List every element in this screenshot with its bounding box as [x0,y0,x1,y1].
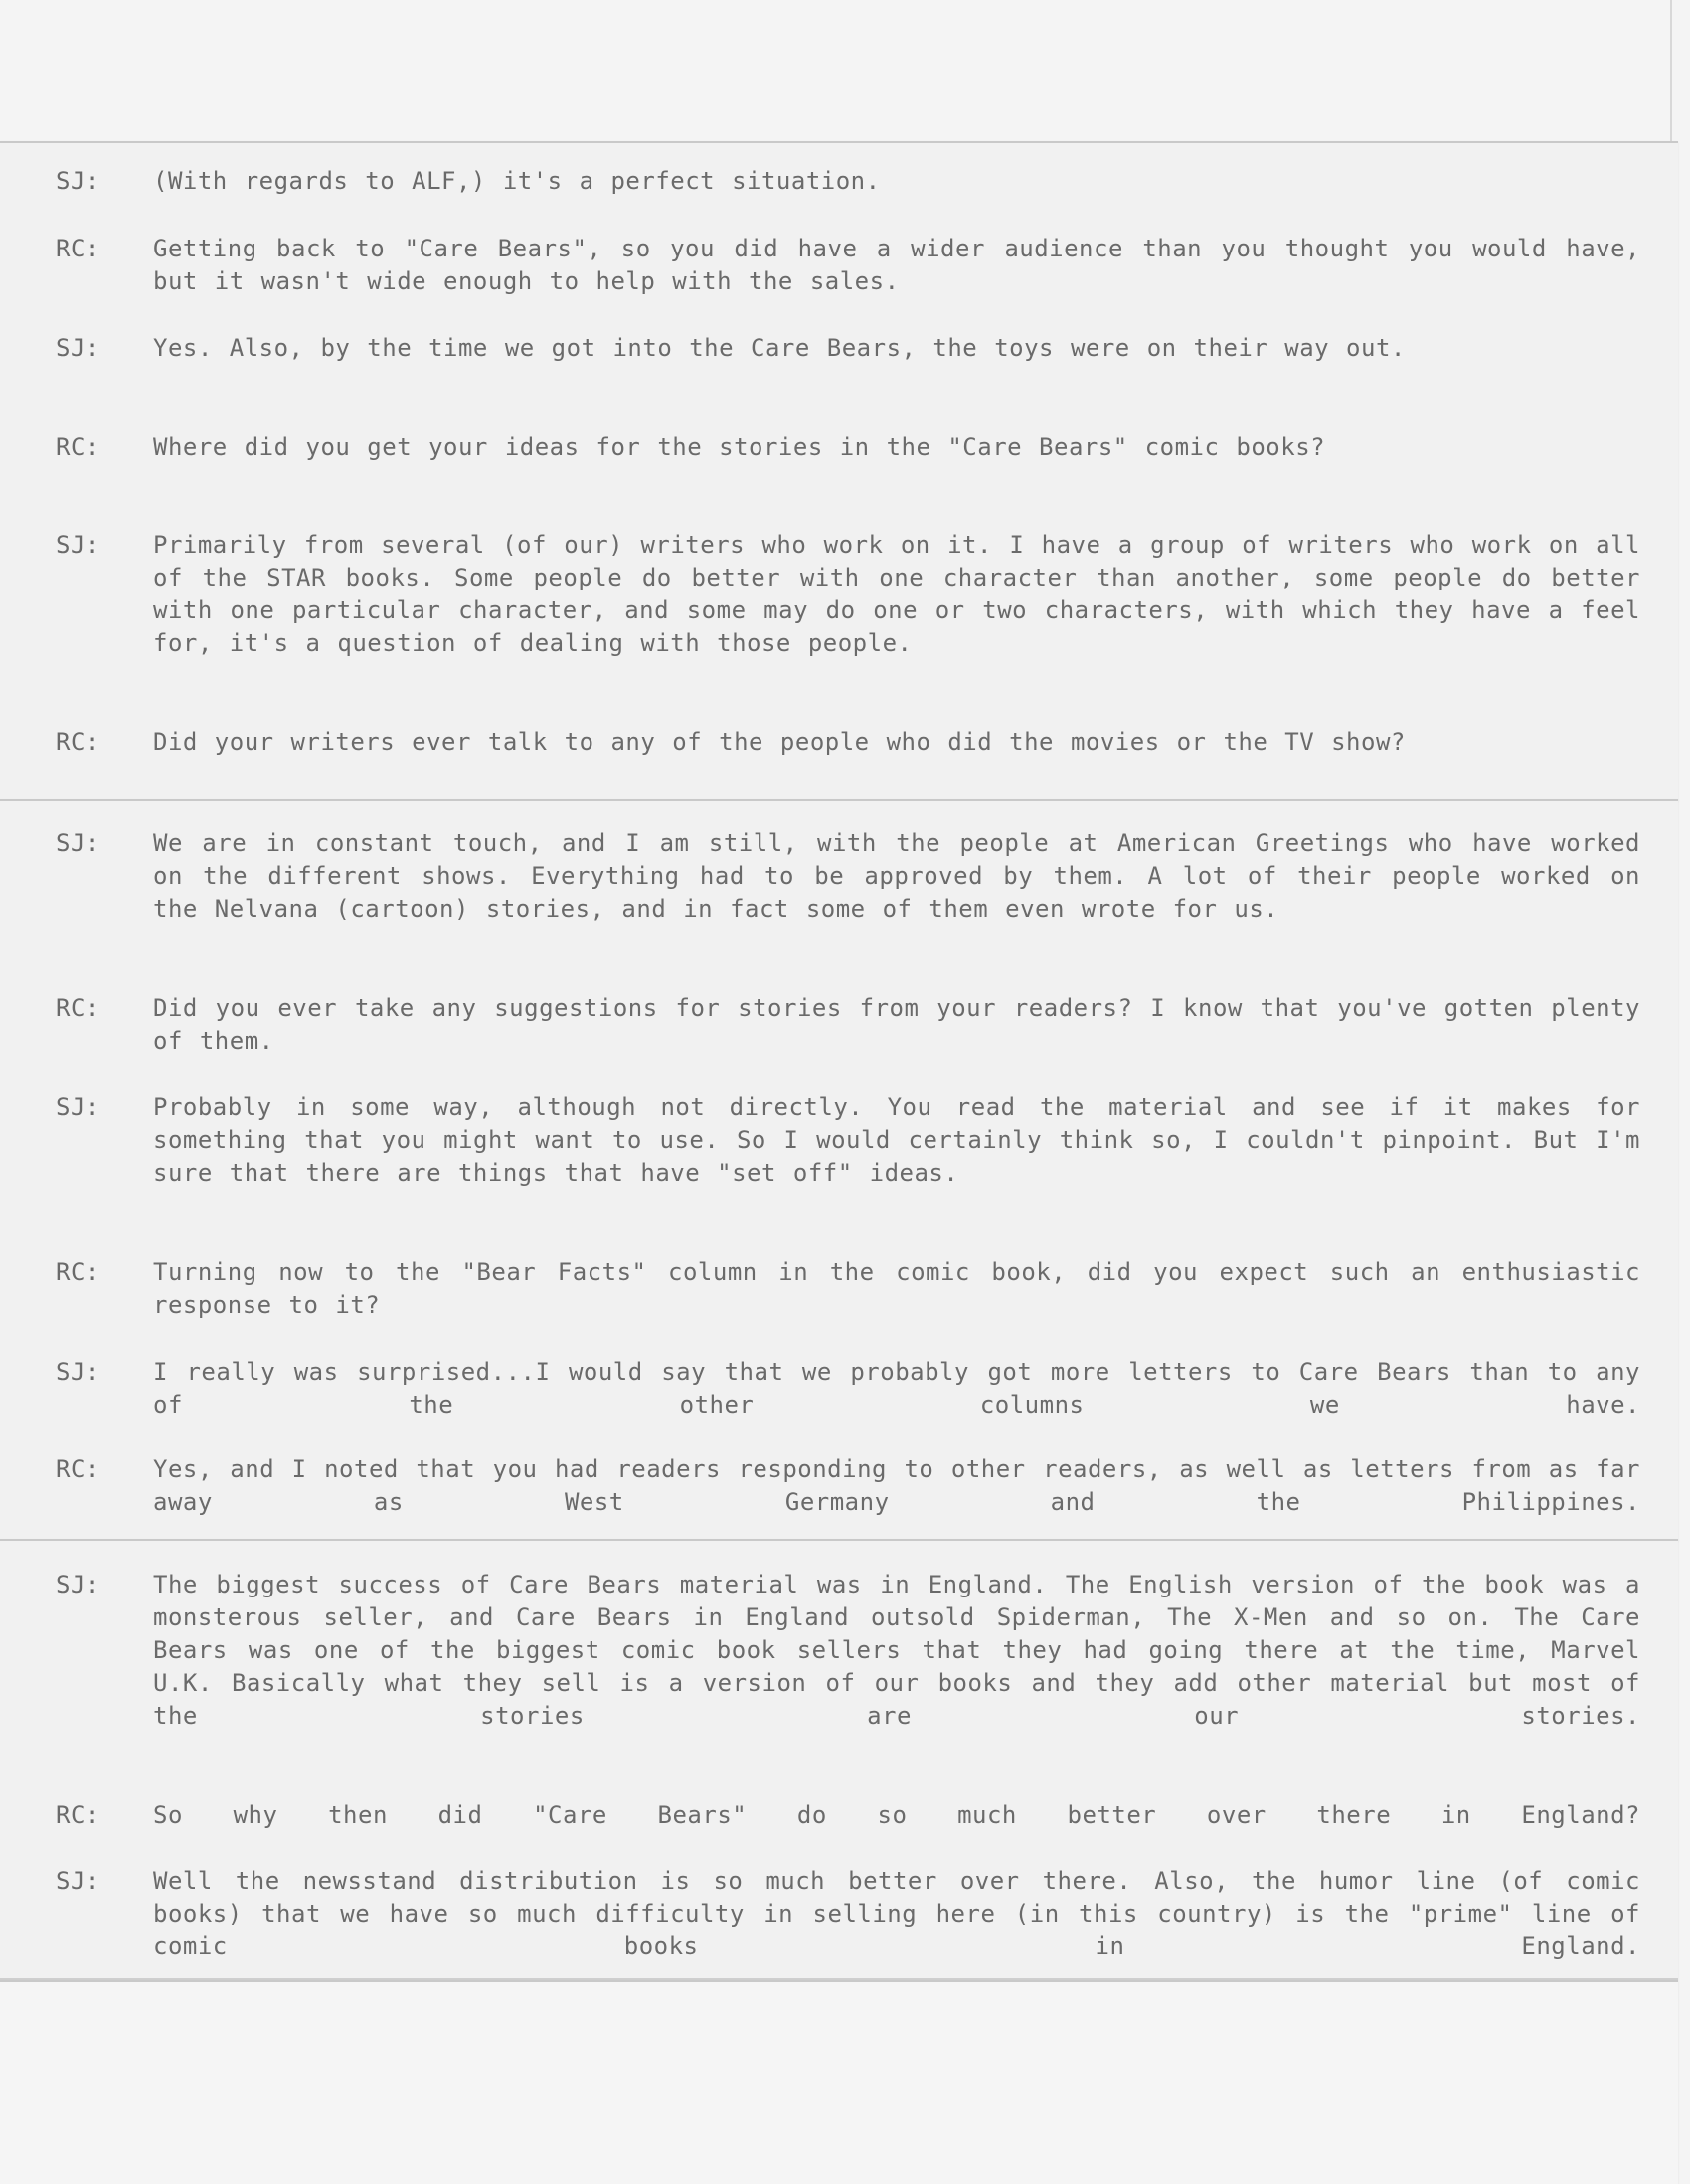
paper-strip-blank [0,1980,1678,2184]
speaker-label: SJ: [56,332,153,365]
entry-text: Getting back to "Care Bears", so you did… [153,233,1640,298]
speaker-label: SJ: [56,1356,153,1422]
speaker-label: SJ: [56,1569,153,1733]
transcript-entry: RC: Did you ever take any suggestions fo… [56,992,1640,1058]
entry-text: Did you ever take any suggestions for st… [153,992,1640,1058]
transcript-entry: RC: Did your writers ever talk to any of… [56,726,1640,758]
speaker-label: RC: [56,1453,153,1519]
speaker-label: RC: [56,1257,153,1322]
transcript-entry: SJ: The biggest success of Care Bears ma… [56,1569,1640,1733]
entry-text: Turning now to the "Bear Facts" column i… [153,1257,1640,1322]
transcript-entry: SJ: Primarily from several (of our) writ… [56,529,1640,660]
speaker-label: SJ: [56,165,153,198]
speaker-label: RC: [56,233,153,298]
transcript-entry: RC: Where did you get your ideas for the… [56,431,1640,464]
entry-text: We are in constant touch, and I am still… [153,827,1640,925]
speaker-label: SJ: [56,1865,153,1963]
entry-text: So why then did "Care Bears" do so much … [153,1799,1640,1832]
transcript-entry: RC: Turning now to the "Bear Facts" colu… [56,1257,1640,1322]
transcript-entry: SJ: I really was surprised...I would say… [56,1356,1640,1422]
entry-text: Yes. Also, by the time we got into the C… [153,332,1640,365]
speaker-label: RC: [56,726,153,758]
transcript-entry: SJ: Yes. Also, by the time we got into t… [56,332,1640,365]
entry-text: Yes, and I noted that you had readers re… [153,1453,1640,1519]
speaker-label: RC: [56,431,153,464]
speaker-label: SJ: [56,1092,153,1190]
transcript-entry: SJ: (With regards to ALF,) it's a perfec… [56,165,1640,198]
speaker-label: RC: [56,992,153,1058]
entry-text: (With regards to ALF,) it's a perfect si… [153,165,1640,198]
transcript-entry: SJ: We are in constant touch, and I am s… [56,827,1640,925]
transcript-entry: SJ: Probably in some way, although not d… [56,1092,1640,1190]
speaker-label: SJ: [56,827,153,925]
transcript-entry: RC: Yes, and I noted that you had reader… [56,1453,1640,1519]
entry-text: Where did you get your ideas for the sto… [153,431,1640,464]
entry-text: Primarily from several (of our) writers … [153,529,1640,660]
entry-text: Did your writers ever talk to any of the… [153,726,1640,758]
entry-text: The biggest success of Care Bears materi… [153,1569,1640,1733]
entry-text: Well the newsstand distribution is so mu… [153,1865,1640,1963]
entry-text: Probably in some way, although not direc… [153,1092,1640,1190]
transcript-entry: RC: Getting back to "Care Bears", so you… [56,233,1640,298]
transcript-entry: RC: So why then did "Care Bears" do so m… [56,1799,1640,1832]
speaker-label: SJ: [56,529,153,660]
entry-text: I really was surprised...I would say tha… [153,1356,1640,1422]
transcript-entry: SJ: Well the newsstand distribution is s… [56,1865,1640,1963]
speaker-label: RC: [56,1799,153,1832]
